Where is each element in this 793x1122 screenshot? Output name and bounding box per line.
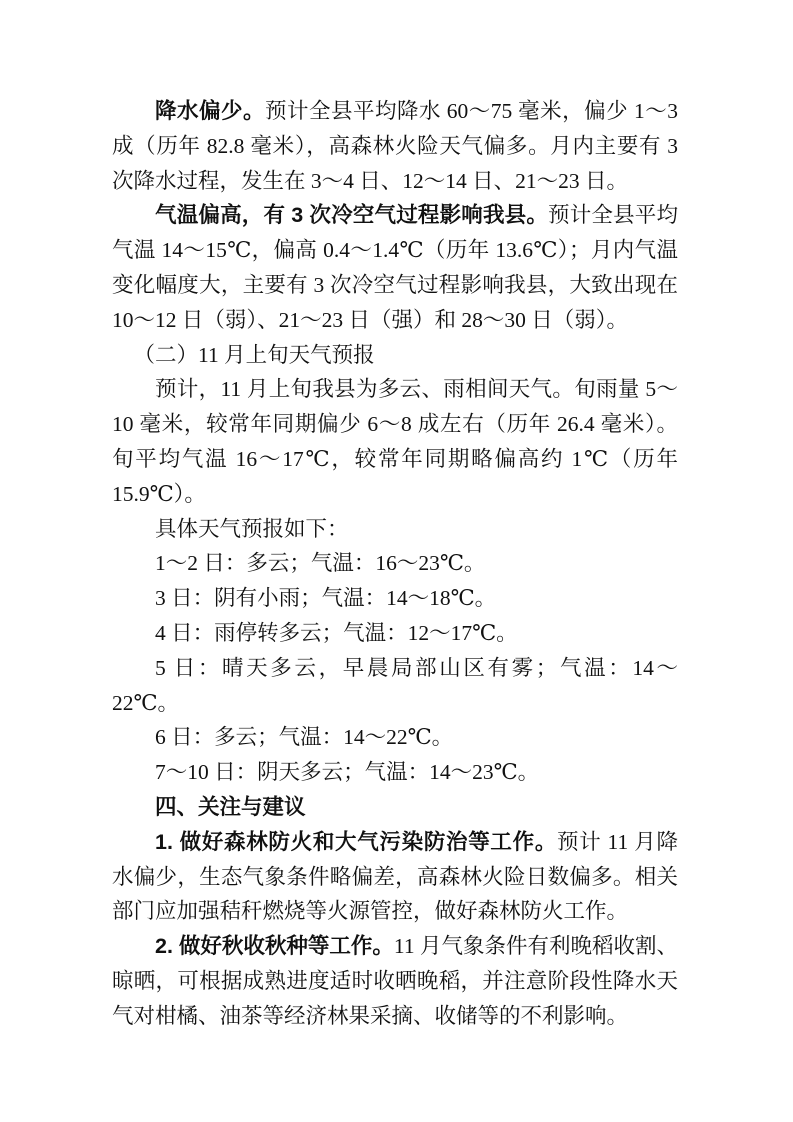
- document-page: 降水偏少。预计全县平均降水 60～75 毫米，偏少 1～3 成（历年 82.8 …: [0, 0, 793, 1122]
- para-early-november-overview: 预计，11 月上旬我县为多云、雨相间天气。旬雨量 5～10 毫米，较常年同期偏少…: [112, 372, 678, 511]
- document-body: 降水偏少。预计全县平均降水 60～75 毫米，偏少 1～3 成（历年 82.8 …: [112, 94, 678, 1034]
- text-run: 3 日：阴有小雨；气温：14～18℃。: [155, 586, 496, 610]
- para-precipitation-outlook: 降水偏少。预计全县平均降水 60～75 毫米，偏少 1～3 成（历年 82.8 …: [112, 94, 678, 198]
- bold-text-run: 降水偏少。: [155, 99, 265, 123]
- text-run: 4 日：雨停转多云；气温：12～17℃。: [155, 621, 518, 645]
- text-run: 预计，11 月上旬我县为多云、雨相间天气。旬雨量 5～10 毫米，较常年同期偏少…: [112, 377, 678, 505]
- bold-text-run: 2. 做好秋收秋种等工作。: [155, 934, 394, 958]
- para-forecast-day-1-2: 1～2 日：多云；气温：16～23℃。: [112, 546, 678, 581]
- text-run: 6 日：多云；气温：14～22℃。: [155, 725, 453, 749]
- text-run: 1～2 日：多云；气温：16～23℃。: [155, 551, 485, 575]
- para-forecast-day-7-10: 7～10 日：阴天多云；气温：14～23℃。: [112, 755, 678, 790]
- bold-text-run: 四、关注与建议: [155, 795, 306, 819]
- text-run: （二）11 月上旬天气预报: [134, 343, 375, 367]
- para-forecast-intro: 具体天气预报如下：: [112, 512, 678, 547]
- bold-text-run: 气温偏高，有 3 次冷空气过程影响我县。: [155, 203, 548, 227]
- heading-attention-and-suggestions: 四、关注与建议: [112, 790, 678, 825]
- para-temperature-outlook: 气温偏高，有 3 次冷空气过程影响我县。预计全县平均气温 14～15℃，偏高 0…: [112, 198, 678, 337]
- heading-early-november-forecast: （二）11 月上旬天气预报: [112, 338, 678, 373]
- para-forecast-day-5: 5 日：晴天多云，早晨局部山区有雾；气温：14～22℃。: [112, 651, 678, 721]
- para-forecast-day-3: 3 日：阴有小雨；气温：14～18℃。: [112, 581, 678, 616]
- para-suggestion-2: 2. 做好秋收秋种等工作。11 月气象条件有利晚稻收割、晾晒，可根据成熟进度适时…: [112, 929, 678, 1033]
- text-run: 5 日：晴天多云，早晨局部山区有雾；气温：14～22℃。: [112, 656, 678, 715]
- bold-text-run: 1. 做好森林防火和大气污染防治等工作。: [155, 830, 557, 854]
- text-run: 7～10 日：阴天多云；气温：14～23℃。: [155, 760, 539, 784]
- para-suggestion-1: 1. 做好森林防火和大气污染防治等工作。预计 11 月降水偏少，生态气象条件略偏…: [112, 825, 678, 929]
- para-forecast-day-6: 6 日：多云；气温：14～22℃。: [112, 720, 678, 755]
- para-forecast-day-4: 4 日：雨停转多云；气温：12～17℃。: [112, 616, 678, 651]
- text-run: 具体天气预报如下：: [155, 517, 349, 541]
